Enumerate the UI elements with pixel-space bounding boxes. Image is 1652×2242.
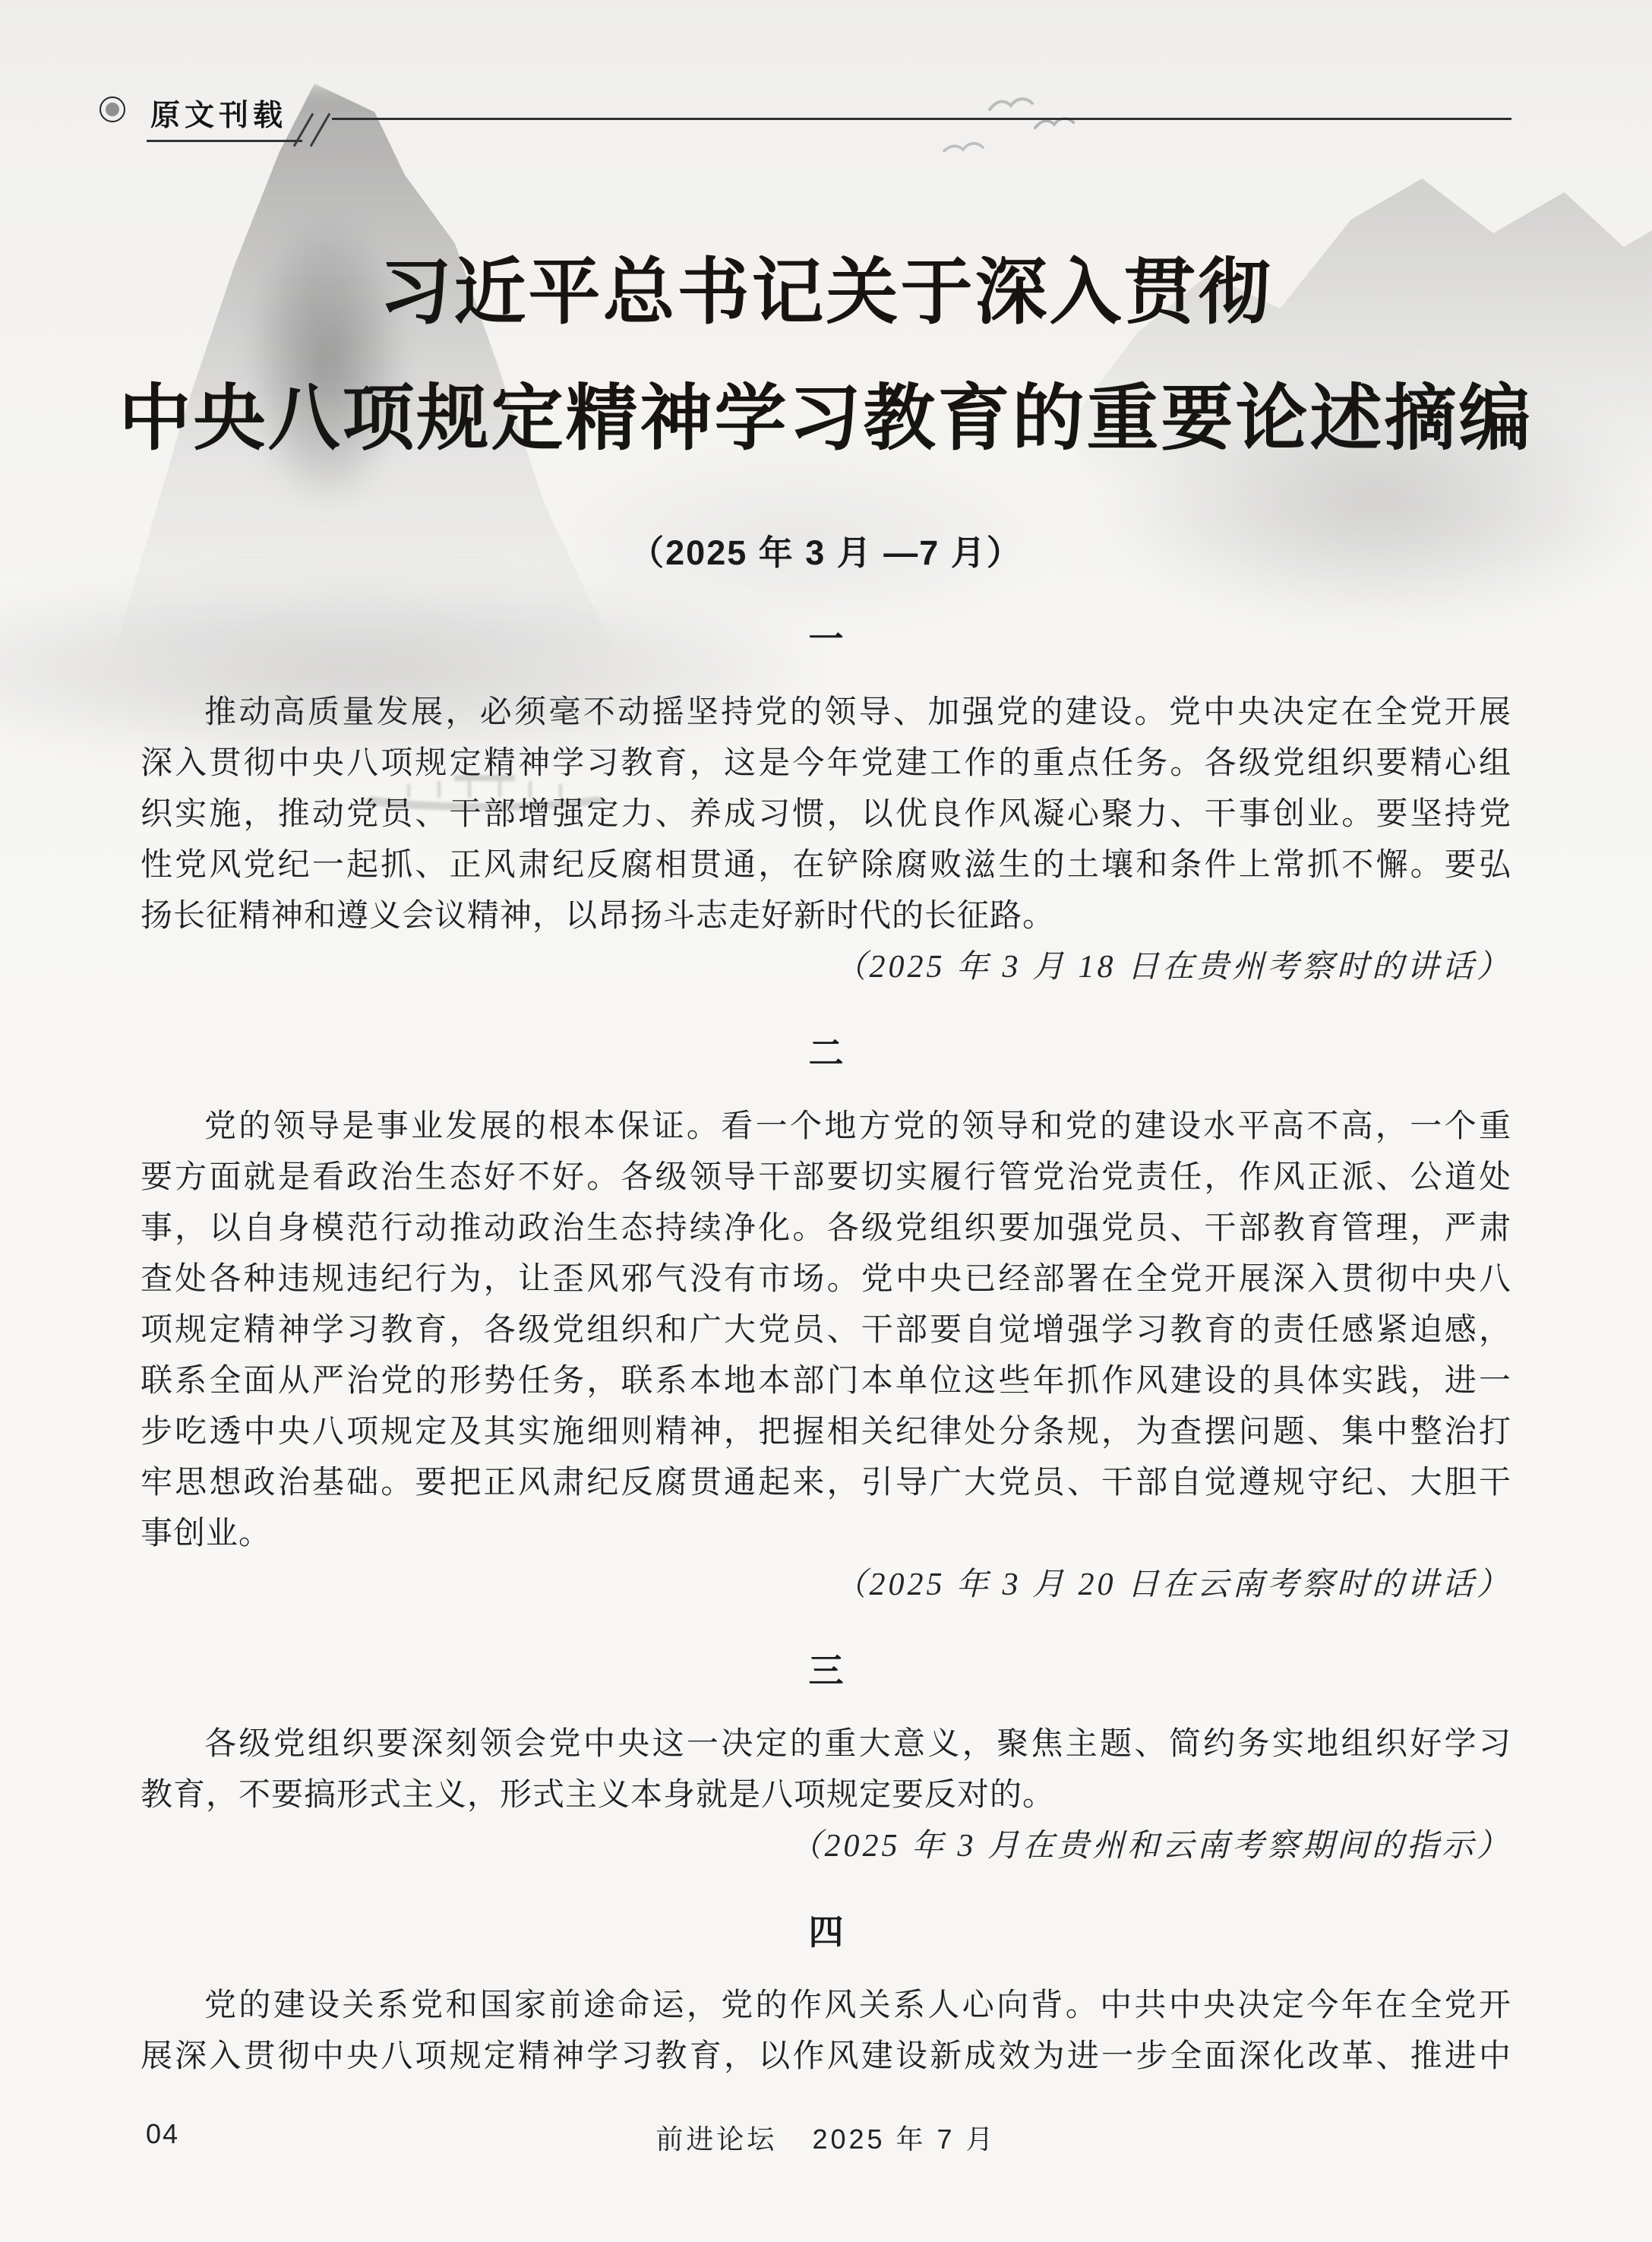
excerpt-section: 一推动高质量发展，必须毫不动摇坚持党的领导、加强党的建设。党中央决定在全党开展深…	[141, 616, 1511, 991]
excerpt-section: 三各级党组织要深刻领会党中央这一决定的重大意义，聚焦主题、简约务实地组织好学习教…	[141, 1648, 1511, 1870]
section-marker: 二	[141, 1030, 1511, 1076]
text-line: 织实施，推动党员、干部增强定力、养成习惯，以优良作风凝心聚力、干事创业。要坚持党	[141, 789, 1511, 840]
excerpt-section: 二党的领导是事业发展的根本保证。看一个地方党的领导和党的建设水平高不高，一个重要…	[141, 1030, 1511, 1608]
journal-name: 前进论坛	[655, 2123, 777, 2155]
journal-line: 前进论坛2025 年 7 月	[0, 2118, 1652, 2157]
text-line: 党的建设关系党和国家前途命运，党的作风关系人心向背。中共中央决定今年在全党开	[141, 1981, 1511, 2032]
article-title-line2: 中央八项规定精神学习教育的重要论述摘编	[0, 356, 1652, 482]
section-marker: 四	[141, 1909, 1511, 1955]
section-marker: 一	[141, 616, 1511, 662]
excerpt-section: 四党的建设关系党和国家前途命运，党的作风关系人心向背。中共中央决定今年在全党开展…	[141, 1909, 1511, 2082]
section-marker: 三	[141, 1648, 1511, 1693]
text-line: 党的领导是事业发展的根本保证。看一个地方党的领导和党的建设水平高不高，一个重	[141, 1102, 1511, 1153]
attribution: （2025 年 3 月在贵州和云南考察期间的指示）	[141, 1823, 1511, 1870]
text-line: 扬长征精神和遵义会议精神，以昂扬斗志走好新时代的长征路。	[141, 891, 1511, 942]
text-line: 项规定精神学习教育，各级党组织和广大党员、干部要自觉增强学习教育的责任感紧迫感，	[141, 1305, 1511, 1356]
article-title-line1: 习近平总书记关于深入贯彻	[0, 229, 1652, 356]
article-date-range: （2025 年 3 月 —7 月）	[0, 530, 1652, 577]
text-line: 牢思想政治基础。要把正风肃纪反腐贯通起来，引导广大党员、干部自觉遵规守纪、大胆干	[141, 1458, 1511, 1509]
text-line: 步吃透中央八项规定及其实施细则精神，把握相关纪律处分条规，为查摆问题、集中整治打	[141, 1407, 1511, 1458]
paragraph: 党的建设关系党和国家前途命运，党的作风关系人心向背。中共中央决定今年在全党开展深…	[141, 1981, 1511, 2082]
paragraph: 各级党组织要深刻领会党中央这一决定的重大意义，聚焦主题、简约务实地组织好学习教育…	[141, 1719, 1511, 1821]
text-line: 查处各种违规违纪行为，让歪风邪气没有市场。党中央已经部署在全党开展深入贯彻中央八	[141, 1254, 1511, 1305]
attribution: （2025 年 3 月 18 日在贵州考察时的讲话）	[141, 944, 1511, 991]
text-line: 推动高质量发展，必须毫不动摇坚持党的领导、加强党的建设。党中央决定在全党开展	[141, 688, 1511, 738]
text-line: 联系全面从严治党的形势任务，联系本地本部门本单位这些年抓作风建设的具体实践，进一	[141, 1356, 1511, 1407]
text-line: 各级党组织要深刻领会党中央这一决定的重大意义，聚焦主题、简约务实地组织好学习	[141, 1719, 1511, 1770]
journal-issue: 2025 年 7 月	[812, 2123, 996, 2155]
text-line: 深入贯彻中央八项规定精神学习教育，这是今年党建工作的重点任务。各级党组织要精心组	[141, 738, 1511, 789]
paragraph: 推动高质量发展，必须毫不动摇坚持党的领导、加强党的建设。党中央决定在全党开展深入…	[141, 688, 1511, 942]
article-body: 一推动高质量发展，必须毫不动摇坚持党的领导、加强党的建设。党中央决定在全党开展深…	[141, 616, 1511, 2082]
text-line: 教育，不要搞形式主义，形式主义本身就是八项规定要反对的。	[141, 1770, 1511, 1821]
text-line: 性党风党纪一起抓、正风肃纪反腐相贯通，在铲除腐败滋生的土壤和条件上常抓不懈。要弘	[141, 840, 1511, 891]
page-footer: 04 前进论坛2025 年 7 月	[0, 2114, 1652, 2159]
text-line: 事创业。	[141, 1509, 1511, 1560]
text-line: 要方面就是看政治生态好不好。各级领导干部要切实履行管党治党责任，作风正派、公道处	[141, 1153, 1511, 1203]
text-line: 展深入贯彻中央八项规定精神学习教育，以作风建设新成效为进一步全面深化改革、推进中	[141, 2032, 1511, 2082]
attribution: （2025 年 3 月 20 日在云南考察时的讲话）	[141, 1561, 1511, 1608]
article-title: 习近平总书记关于深入贯彻 中央八项规定精神学习教育的重要论述摘编	[0, 49, 1652, 482]
text-line: 事，以自身模范行动推动政治生态持续净化。各级党组织要加强党员、干部教育管理，严肃	[141, 1203, 1511, 1254]
paragraph: 党的领导是事业发展的根本保证。看一个地方党的领导和党的建设水平高不高，一个重要方…	[141, 1102, 1511, 1560]
magazine-page: 原文刊载 习近平总书记关于深入贯彻 中央八项规定精神学习教育的重要论述摘编 （2…	[0, 0, 1652, 2242]
